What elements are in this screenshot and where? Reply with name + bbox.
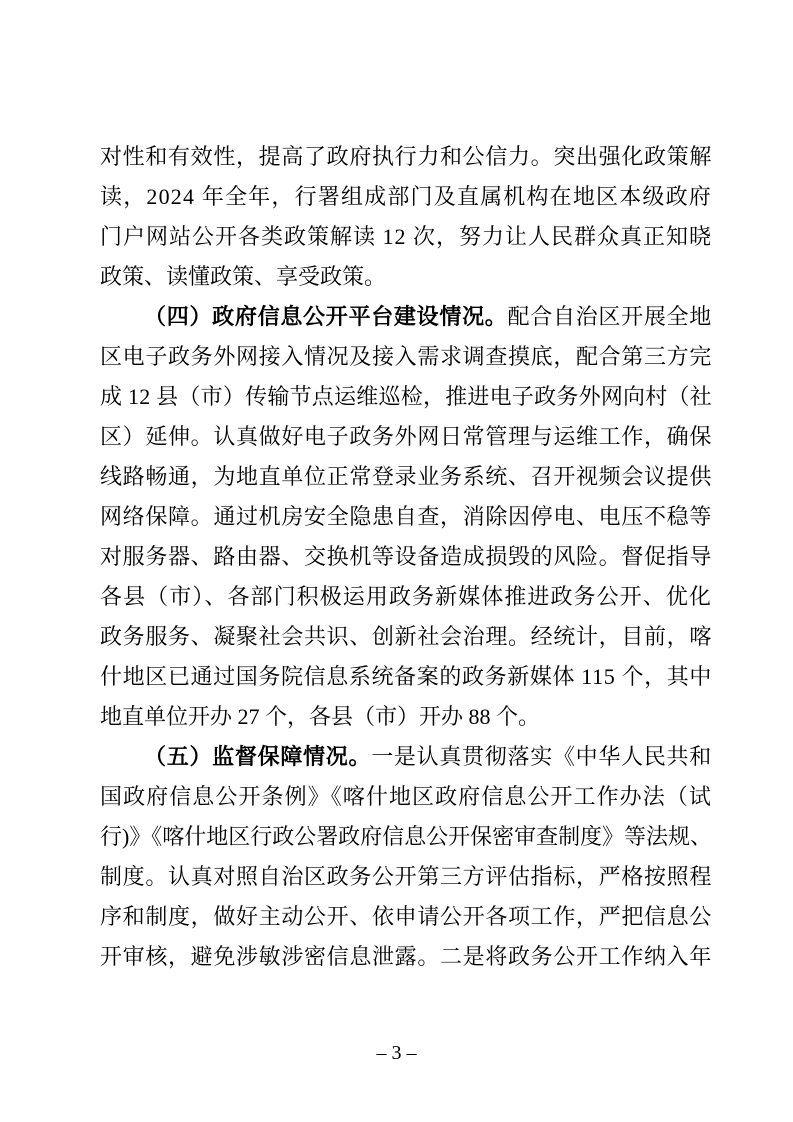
- text-line: 对性和有效性，提高了政府执行力和公信力。突出强化政策解: [100, 137, 712, 177]
- text-line: 行)》《喀什地区行政公署政府信息公开保密审查制度》等法规、: [100, 817, 712, 857]
- text-line: （四）政府信息公开平台建设情况。配合自治区开展全地: [100, 297, 712, 337]
- body-text: 行)》《喀什地区行政公署政府信息公开保密审查制度》等法规、: [100, 824, 712, 849]
- document-page: 对性和有效性，提高了政府执行力和公信力。突出强化政策解读，2024 年全年，行署…: [0, 0, 793, 1122]
- section-heading-text: （四）政府信息公开平台建设情况。: [144, 304, 508, 329]
- text-line: 制度。认真对照自治区政务公开第三方评估指标，严格按照程: [100, 857, 712, 897]
- text-line: 政务服务、凝聚社会共识、创新社会治理。经统计，目前，喀: [100, 617, 712, 657]
- body-text: 成 12 县（市）传输节点运维巡检，推进电子政务外网向村（社: [100, 384, 712, 409]
- text-line: 序和制度，做好主动公开、依申请公开各项工作，严把信息公: [100, 897, 712, 937]
- text-line: 成 12 县（市）传输节点运维巡检，推进电子政务外网向村（社: [100, 377, 712, 417]
- para-section-5-supervision-guarantee: （五）监督保障情况。一是认真贯彻落实《中华人民共和国政府信息公开条例》《喀什地区…: [100, 737, 712, 977]
- body-text: 政策、读懂政策、享受政策。: [100, 264, 386, 289]
- body-text: 网络保障。通过机房安全隐患自查，消除因停电、电压不稳等: [100, 504, 712, 529]
- text-line: 政策、读懂政策、享受政策。: [100, 257, 712, 297]
- text-line: 网络保障。通过机房安全隐患自查，消除因停电、电压不稳等: [100, 497, 712, 537]
- text-line: 什地区已通过国务院信息系统备案的政务新媒体 115 个，其中: [100, 657, 712, 697]
- body-text: 什地区已通过国务院信息系统备案的政务新媒体 115 个，其中: [100, 664, 712, 689]
- para-section-4-platform-construction: （四）政府信息公开平台建设情况。配合自治区开展全地区电子政务外网接入情况及接入需…: [100, 297, 712, 737]
- text-line: 线路畅通，为地直单位正常登录业务系统、召开视频会议提供: [100, 457, 712, 497]
- text-line: 对服务器、路由器、交换机等设备造成损毁的风险。督促指导: [100, 537, 712, 577]
- body-text: 政务服务、凝聚社会共识、创新社会治理。经统计，目前，喀: [100, 624, 712, 649]
- body-text: 对性和有效性，提高了政府执行力和公信力。突出强化政策解: [100, 144, 712, 169]
- body-text: 区电子政务外网接入情况及接入需求调查摸底，配合第三方完: [100, 344, 712, 369]
- body-text: 门户网站公开各类政策解读 12 次，努力让人民群众真正知晓: [100, 224, 712, 249]
- text-line: 开审核，避免涉敏涉密信息泄露。二是将政务公开工作纳入年: [100, 937, 712, 977]
- text-line: 读，2024 年全年，行署组成部门及直属机构在地区本级政府: [100, 177, 712, 217]
- text-line: 区电子政务外网接入情况及接入需求调查摸底，配合第三方完: [100, 337, 712, 377]
- text-line: 各县（市）、各部门积极运用政务新媒体推进政务公开、优化: [100, 577, 712, 617]
- document-body: 对性和有效性，提高了政府执行力和公信力。突出强化政策解读，2024 年全年，行署…: [100, 137, 712, 977]
- body-text: 国政府信息公开条例》《喀什地区政府信息公开工作办法（试: [100, 784, 712, 809]
- page-number: – 3 –: [0, 1033, 793, 1073]
- para-policy-interpretation-continued: 对性和有效性，提高了政府执行力和公信力。突出强化政策解读，2024 年全年，行署…: [100, 137, 712, 297]
- text-line: （五）监督保障情况。一是认真贯彻落实《中华人民共和: [100, 737, 712, 777]
- body-text: 区）延伸。认真做好电子政务外网日常管理与运维工作，确保: [100, 424, 712, 449]
- text-line: 地直单位开办 27 个，各县（市）开办 88 个。: [100, 697, 712, 737]
- body-text: 地直单位开办 27 个，各县（市）开办 88 个。: [100, 704, 540, 729]
- text-line: 门户网站公开各类政策解读 12 次，努力让人民群众真正知晓: [100, 217, 712, 257]
- body-text: 各县（市）、各部门积极运用政务新媒体推进政务公开、优化: [100, 584, 712, 609]
- body-text: 配合自治区开展全地: [508, 304, 712, 329]
- body-text: 读，2024 年全年，行署组成部门及直属机构在地区本级政府: [100, 184, 712, 209]
- body-text: 序和制度，做好主动公开、依申请公开各项工作，严把信息公: [100, 904, 712, 929]
- body-text: 一是认真贯彻落实《中华人民共和: [371, 744, 712, 769]
- text-line: 区）延伸。认真做好电子政务外网日常管理与运维工作，确保: [100, 417, 712, 457]
- body-text: 对服务器、路由器、交换机等设备造成损毁的风险。督促指导: [100, 544, 712, 569]
- body-text: 线路畅通，为地直单位正常登录业务系统、召开视频会议提供: [100, 464, 712, 489]
- body-text: 开审核，避免涉敏涉密信息泄露。二是将政务公开工作纳入年: [100, 944, 712, 969]
- body-text: 制度。认真对照自治区政务公开第三方评估指标，严格按照程: [100, 864, 712, 889]
- section-heading-text: （五）监督保障情况。: [144, 744, 371, 769]
- text-line: 国政府信息公开条例》《喀什地区政府信息公开工作办法（试: [100, 777, 712, 817]
